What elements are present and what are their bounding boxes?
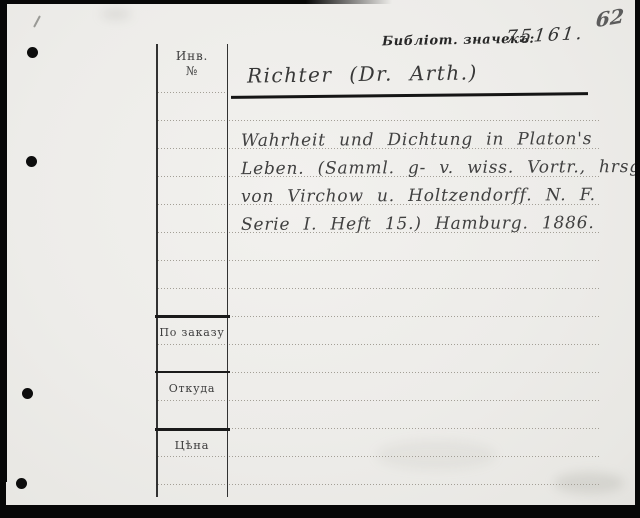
inventory-label: Инв. [156, 49, 228, 63]
punch-hole [22, 388, 33, 399]
column-ruled-line [158, 148, 226, 149]
column-ruled-line [158, 260, 226, 261]
title-line: Leben. (Samml. g- v. wiss. Vortr., hrsg. [241, 157, 640, 179]
column-ruled-line [158, 92, 226, 93]
ruled-line [229, 372, 601, 373]
column-ruled-line [158, 232, 226, 233]
ruled-line [229, 316, 601, 317]
punch-hole [27, 47, 38, 58]
ruled-line [229, 400, 601, 401]
section-divider [155, 428, 230, 431]
ruled-line [229, 120, 601, 121]
column-ruled-line [158, 456, 226, 457]
column-ruled-line [158, 344, 226, 345]
title-line: Wahrheit und Dichtung in Platon's [241, 129, 592, 151]
scan-border-left [0, 0, 7, 482]
title-line: von Virchow u. Holtzendorff. N. F. [241, 185, 596, 207]
author-line: Richter (Dr. Arth.) [247, 60, 478, 87]
scan-smudge [101, 8, 131, 20]
ruled-line [229, 288, 601, 289]
section-divider [155, 315, 230, 318]
inventory-number-sign: № [156, 64, 228, 78]
scan-smudge [376, 440, 496, 470]
title-line: Serie I. Heft 15.) Hamburg. 1886. [241, 213, 595, 235]
section-divider [155, 371, 230, 374]
scan-border-bottom [0, 505, 640, 518]
ruled-line [229, 456, 601, 457]
ruled-line [229, 260, 601, 261]
by-order-label: По заказу [156, 326, 228, 339]
corner-page-number: 62 [595, 4, 624, 32]
column-ruled-line [158, 120, 226, 121]
origin-label: Откуда [156, 382, 228, 395]
ruled-line [229, 484, 601, 485]
price-label: Цѣна [156, 438, 228, 452]
scan-smudge [554, 472, 624, 494]
column-ruled-line [158, 400, 226, 401]
scan-border-right [635, 0, 640, 518]
catalog-card-scan: Инв. № По заказу Откуда Цѣна Библіот. зн… [0, 0, 640, 518]
punch-hole [26, 156, 37, 167]
ruled-line [229, 428, 601, 429]
scan-border-top [0, 0, 392, 4]
punch-hole [16, 478, 27, 489]
column-ruled-line [158, 288, 226, 289]
column-ruled-line [158, 176, 226, 177]
column-ruled-line [158, 204, 226, 205]
library-mark-number: 75161. [504, 23, 585, 48]
column-ruled-line [158, 484, 226, 485]
ruled-line [229, 344, 601, 345]
